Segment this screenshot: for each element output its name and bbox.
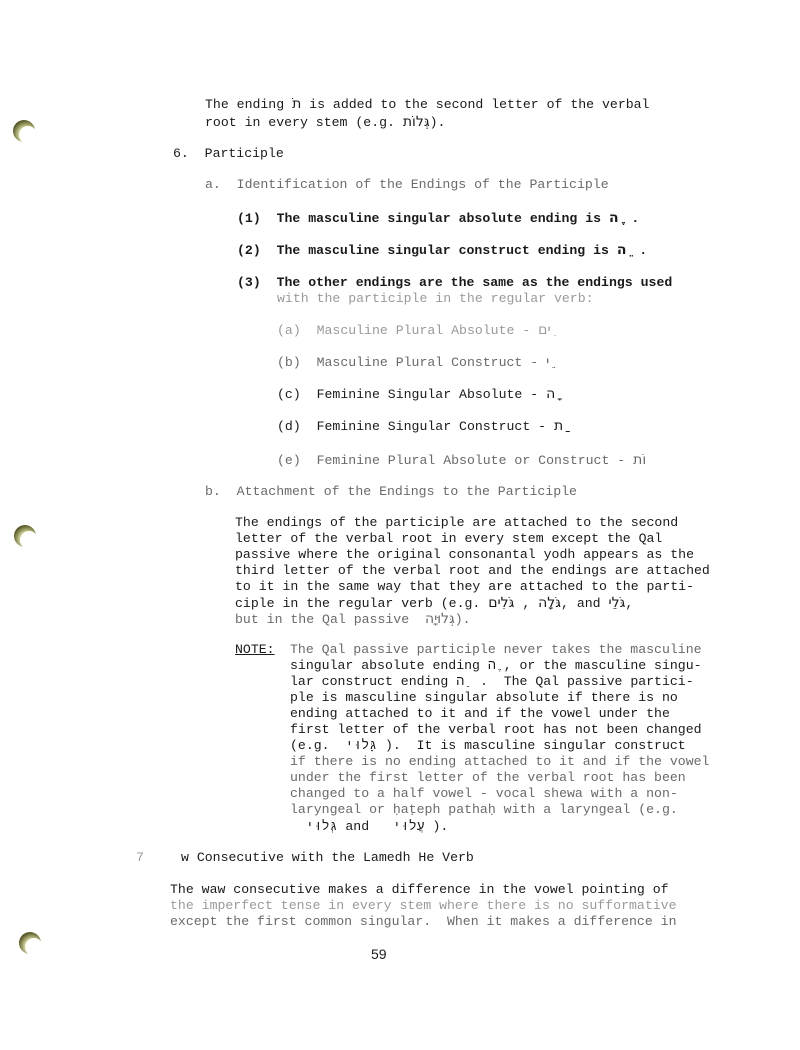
ending-label: (b) bbox=[277, 355, 301, 370]
note-line: first letter of the verbal root has not … bbox=[290, 722, 702, 738]
note-line: ple is masculine singular absolute if th… bbox=[290, 690, 678, 706]
note-line: ending attached to it and if the vowel u… bbox=[290, 706, 670, 722]
ending-text: Feminine Singular Absolute - bbox=[317, 387, 547, 402]
item-text: The masculine singular absolute ending i… bbox=[277, 211, 609, 226]
text: , and bbox=[561, 596, 608, 611]
text: . bbox=[623, 211, 639, 226]
ending-text: Feminine Singular Construct - bbox=[317, 419, 554, 434]
item-number: (3) bbox=[237, 275, 261, 290]
hebrew-ending: ים ִ bbox=[538, 322, 555, 338]
ending-text: Masculine Plural Absolute - bbox=[317, 323, 539, 338]
ending-d: (d) Feminine Singular Construct - ת ַ bbox=[277, 418, 568, 435]
section-title: Participle bbox=[205, 146, 284, 161]
text: ). bbox=[455, 612, 471, 627]
hebrew-ending: ה ֵ bbox=[617, 242, 632, 258]
intro-line-2: root in every stem (e.g. גְּלוֹת). bbox=[205, 114, 445, 131]
text: root in every stem (e.g. bbox=[205, 115, 403, 130]
note-line: laryngeal or ḥaṭeph pathaḥ with a laryng… bbox=[290, 802, 678, 818]
ending-label: (e) bbox=[277, 453, 301, 468]
hebrew-ending: תֹ bbox=[292, 96, 301, 112]
paragraph-line: to it in the same way that they are atta… bbox=[235, 579, 694, 595]
hebrew-ending: וֹת bbox=[633, 452, 646, 468]
paragraph-line: but in the Qal passive גְּלוּיָה). bbox=[235, 611, 471, 628]
ending-text: Feminine Plural Absolute or Construct - bbox=[317, 453, 634, 468]
section-number: 6. bbox=[173, 146, 189, 161]
ending-label: (a) bbox=[277, 323, 301, 338]
text: but in the Qal passive bbox=[235, 612, 425, 627]
subsection-a-heading: a. Identification of the Endings of the … bbox=[205, 177, 609, 193]
document-page: The ending תֹ is added to the second let… bbox=[0, 0, 800, 1050]
note-line: lar construct ending ה ֵ . The Qal passi… bbox=[290, 674, 694, 690]
paragraph-line: The endings of the participle are attach… bbox=[235, 515, 678, 531]
intro-line-1: The ending תֹ is added to the second let… bbox=[205, 96, 649, 113]
subsection-b-heading: b. Attachment of the Endings to the Part… bbox=[205, 484, 577, 500]
hebrew-example: גֹּלָה bbox=[538, 595, 561, 611]
hebrew-example: גֹּלֵי bbox=[609, 595, 626, 611]
ending-label: (c) bbox=[277, 387, 301, 402]
section-6-heading: 6. Participle bbox=[173, 146, 284, 162]
text: , bbox=[514, 596, 538, 611]
page-number: 59 bbox=[371, 946, 387, 962]
hebrew-ending: י ֵ bbox=[546, 354, 554, 370]
ending-text: Masculine Plural Construct - bbox=[317, 355, 547, 370]
ending-item-3-cont: with the participle in the regular verb: bbox=[277, 291, 594, 307]
ending-a: (a) Masculine Plural Absolute - ים ִ bbox=[277, 322, 555, 339]
ending-label: (d) bbox=[277, 419, 301, 434]
subsection-label: a. bbox=[205, 177, 221, 192]
subsection-label: b. bbox=[205, 484, 221, 499]
subsection-title: Attachment of the Endings to the Partici… bbox=[237, 484, 577, 499]
subsection-title: Identification of the Endings of the Par… bbox=[237, 177, 609, 192]
text: The ending bbox=[205, 97, 292, 112]
section-number-faded: 7 bbox=[136, 850, 144, 866]
note-label: NOTE: bbox=[235, 642, 275, 658]
binder-hole-icon bbox=[13, 120, 35, 142]
section-7-heading: 7w Consecutive with the Lamedh He Verb bbox=[173, 850, 474, 866]
hebrew-example: גֹּלִים bbox=[488, 595, 514, 611]
note-line: under the first letter of the verbal roo… bbox=[290, 770, 686, 786]
hebrew-ending: ה ֶ bbox=[609, 210, 624, 226]
note-line: changed to a half vowel - vocal shewa wi… bbox=[290, 786, 678, 802]
paragraph-line: passive where the original consonantal y… bbox=[235, 547, 694, 563]
item-text: with the participle in the regular verb: bbox=[277, 291, 594, 306]
hebrew-example: גְּלוּיָה bbox=[425, 611, 455, 627]
note-line: (e.g. גָּלוּי ). It is masculine singula… bbox=[290, 738, 686, 754]
ending-item-3: (3) The other endings are the same as th… bbox=[237, 275, 672, 291]
ending-c: (c) Feminine Singular Absolute - ה ָ bbox=[277, 386, 560, 403]
binder-hole-icon bbox=[19, 932, 41, 954]
paragraph-line: third letter of the verbal root and the … bbox=[235, 563, 710, 579]
item-text: The other endings are the same as the en… bbox=[277, 275, 673, 290]
hebrew-ending: ה ָ bbox=[546, 386, 560, 402]
item-number: (1) bbox=[237, 211, 261, 226]
paragraph-line: except the first common singular. When i… bbox=[170, 914, 676, 930]
paragraph-line: letter of the verbal root in every stem … bbox=[235, 531, 662, 547]
hebrew-ending: ת ַ bbox=[554, 418, 568, 434]
note-line: גְּלוּי and עֲלוּי ). bbox=[290, 819, 448, 835]
section-title: w Consecutive with the Lamedh He Verb bbox=[181, 850, 474, 865]
hebrew-example: גְּלוֹת bbox=[403, 114, 430, 130]
text: . bbox=[631, 243, 647, 258]
paragraph-line: the imperfect tense in every stem where … bbox=[170, 898, 676, 914]
ending-item-2: (2) The masculine singular construct end… bbox=[237, 242, 647, 259]
text: is added to the second letter of the ver… bbox=[301, 97, 649, 112]
item-number: (2) bbox=[237, 243, 261, 258]
note-line: singular absolute ending ה ֶ, or the mas… bbox=[290, 658, 702, 674]
ending-e: (e) Feminine Plural Absolute or Construc… bbox=[277, 452, 646, 469]
paragraph-line: ciple in the regular verb (e.g. גֹּלָה ,… bbox=[235, 595, 633, 612]
ending-item-1: (1) The masculine singular absolute endi… bbox=[237, 210, 639, 227]
text: ciple in the regular verb (e.g. bbox=[235, 596, 488, 611]
binder-hole-icon bbox=[14, 525, 36, 547]
item-text: The masculine singular construct ending … bbox=[277, 243, 617, 258]
ending-b: (b) Masculine Plural Construct - י ֵ bbox=[277, 354, 554, 371]
text: , bbox=[625, 596, 633, 611]
text: ). bbox=[430, 115, 446, 130]
note-line: if there is no ending attached to it and… bbox=[290, 754, 709, 770]
note-line: The Qal passive participle never takes t… bbox=[290, 642, 702, 658]
paragraph-line: The waw consecutive makes a difference i… bbox=[170, 882, 669, 898]
